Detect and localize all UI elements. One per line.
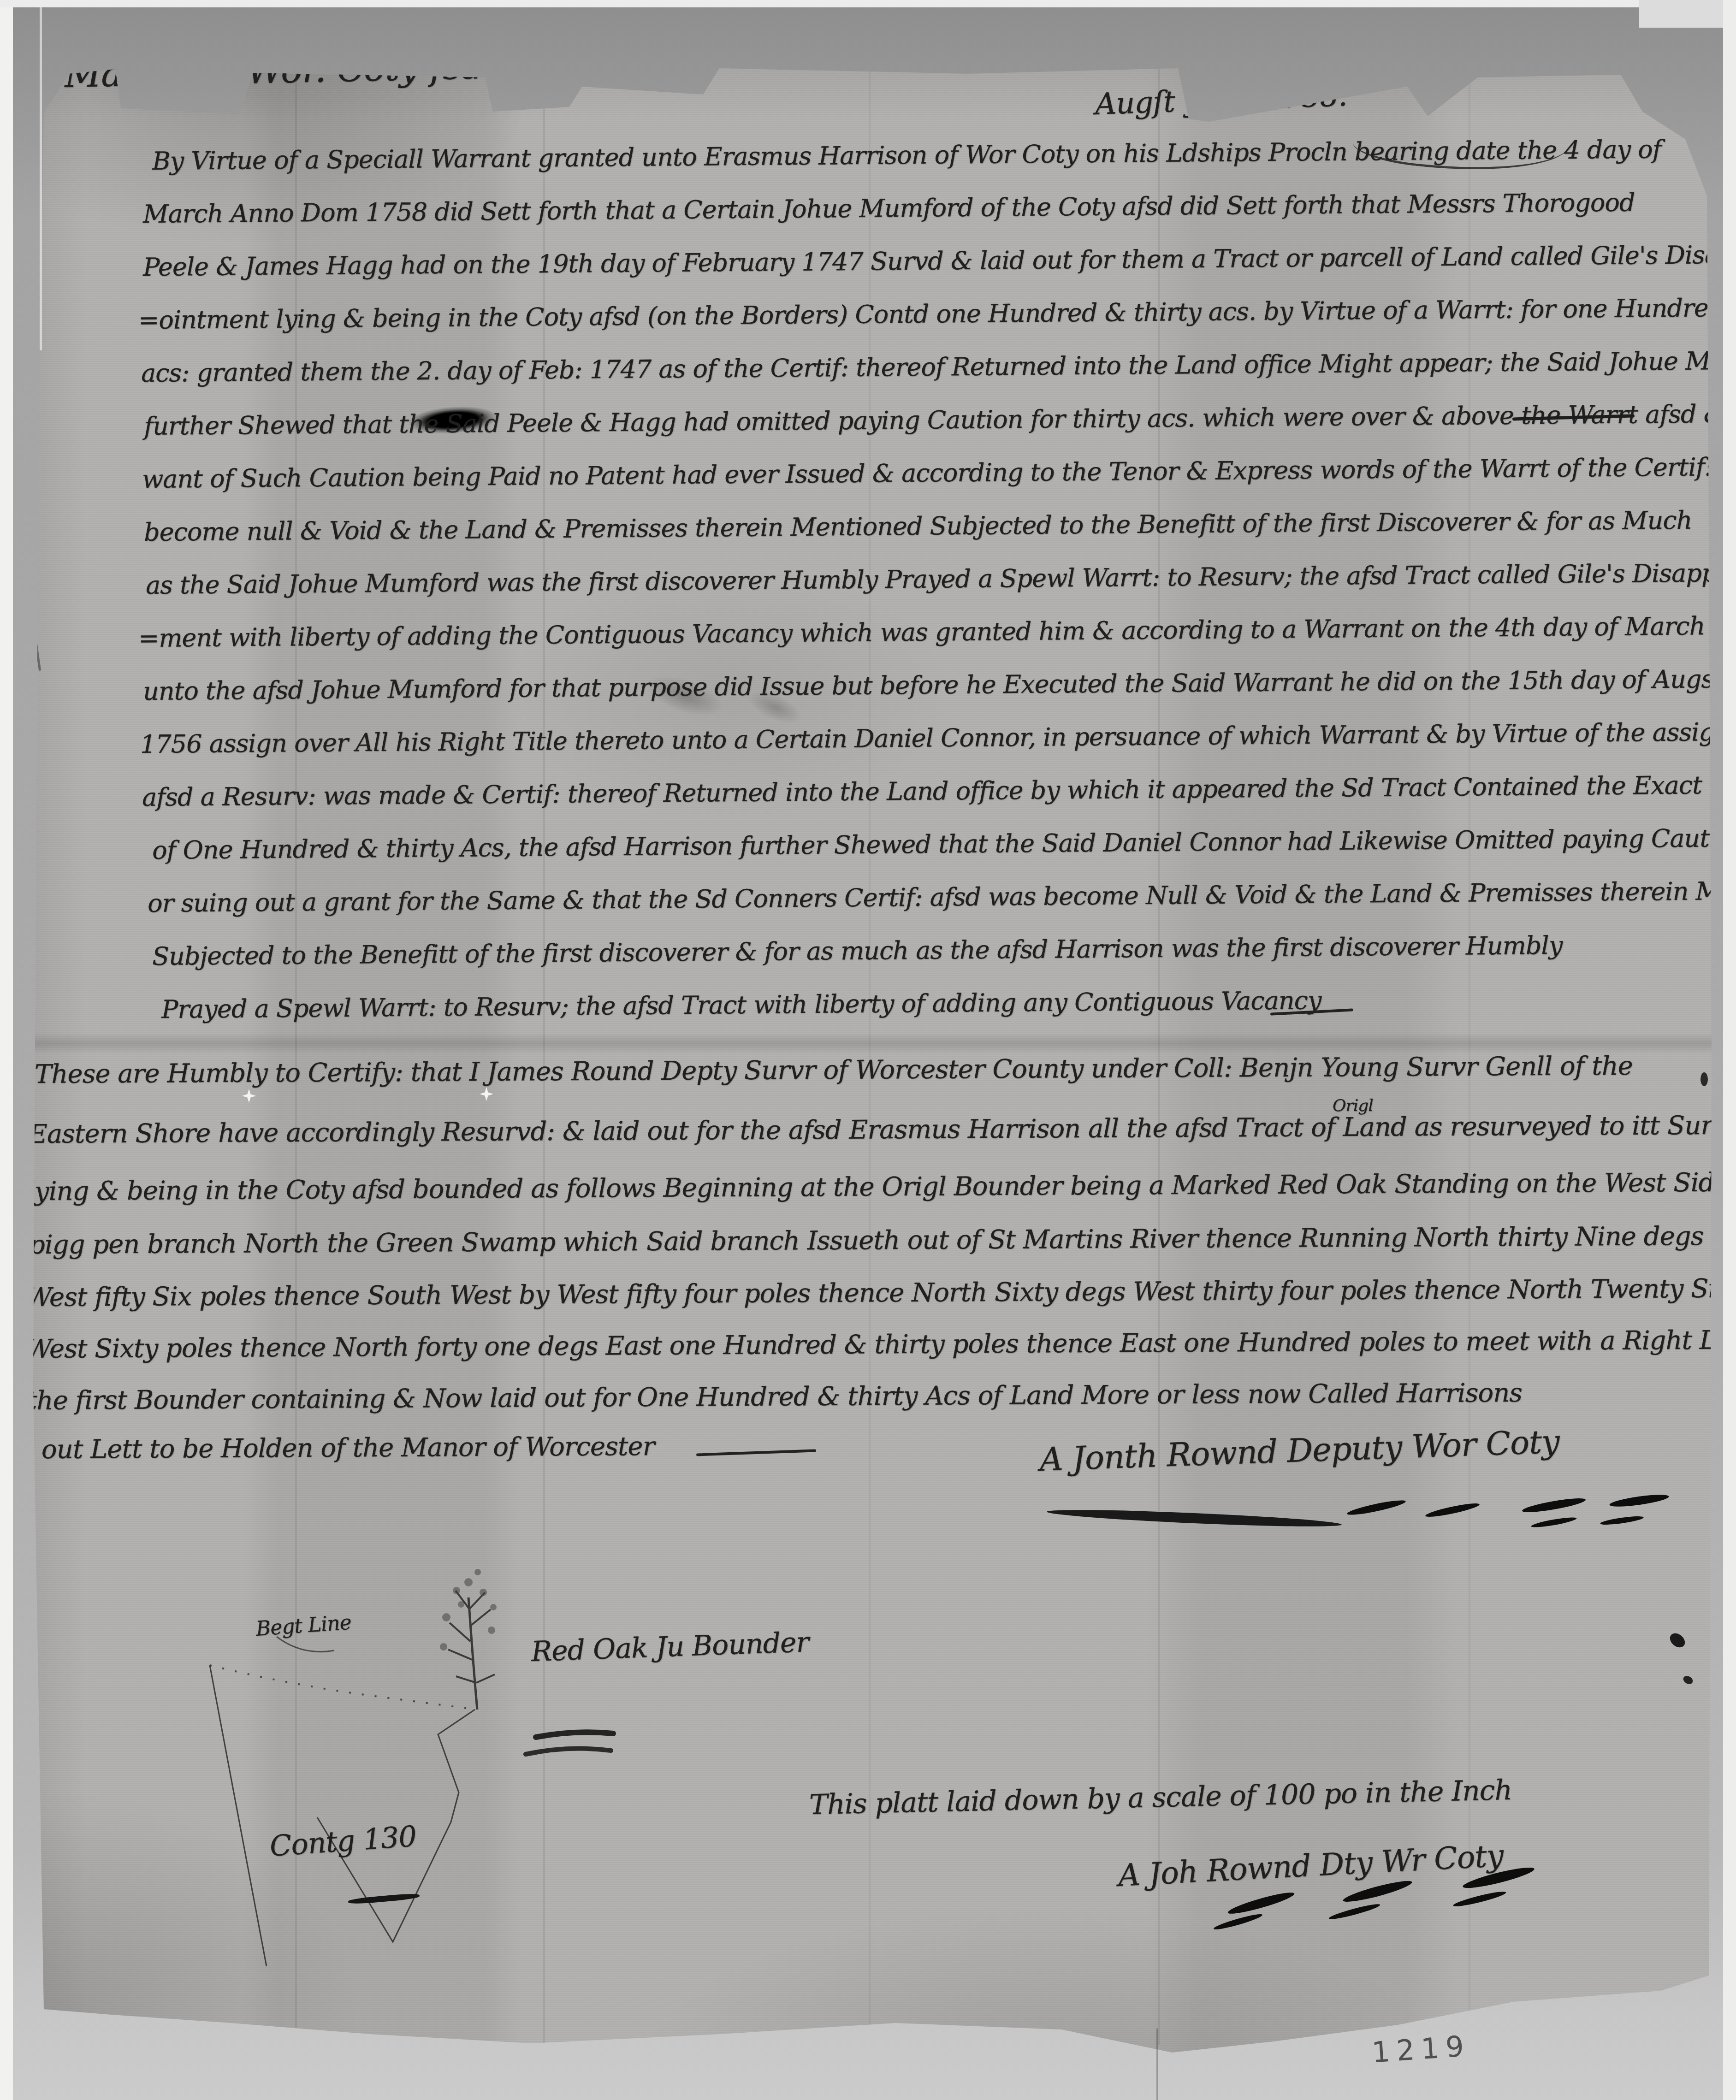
manuscript-line: =ment with liberty of adding the Contigu… — [138, 611, 1736, 653]
manuscript-line: want of Such Caution being Paid no Paten… — [142, 451, 1736, 494]
county-heading: Maryland Wor. Coty ſsd — [64, 46, 484, 96]
signature-flourish — [1600, 1514, 1644, 1526]
manuscript-line: 1756 assign over All his Right Title the… — [140, 717, 1736, 759]
scan-edge-line — [40, 0, 42, 350]
crease-on-mat — [1156, 2029, 1158, 2100]
signature-flourish — [1531, 1515, 1577, 1529]
manuscript-line: Peele & James Hagg had on the 19th day o… — [143, 240, 1736, 282]
fold-crease-horizontal — [0, 1033, 1736, 1054]
date-line: Augſt yr. 5: 1758. — [1095, 79, 1348, 122]
insertion-note: Origl — [1333, 1096, 1373, 1115]
paragraph-end-dash — [696, 1449, 816, 1456]
surveyor-signature-secondary: A Joh Rownd Dty Wr Coty — [1117, 1838, 1504, 1893]
signature-flourish — [1425, 1501, 1480, 1520]
signature-flourish — [1342, 1877, 1413, 1905]
label-squiggle — [277, 1637, 334, 1652]
scan-edge-top — [0, 0, 1736, 7]
plat-sketch — [138, 1544, 830, 2098]
bounder-underline-flourish — [526, 1749, 611, 1755]
manuscript-line: West Sixty poles thence North forty one … — [25, 1325, 1736, 1364]
manuscript-line: =ointment lying & being in the Coty afsd… — [138, 293, 1724, 335]
manuscript-line: By Virtue of a Speciall Warrant granted … — [152, 135, 1661, 176]
paper-sheet: Maryland Wor. Coty ſsd th Augſt yr. 5: 1… — [0, 0, 1736, 2100]
scan-corner-top-right — [1639, 0, 1723, 28]
signature-flourish — [1452, 1889, 1507, 1909]
signature-flourish — [1609, 1492, 1669, 1509]
manuscript-line: Subjected to the Benefitt of the first d… — [152, 931, 1563, 971]
margin-mark — [20, 649, 30, 682]
manuscript-line: become null & Void & the Land & Premisse… — [144, 506, 1692, 547]
date-superscript: th — [1179, 54, 1198, 78]
scan-edge-right — [1723, 0, 1736, 2100]
survey-line — [210, 1665, 267, 1966]
manuscript-line: unto the afsd Johue Mumford for that pur… — [143, 664, 1723, 706]
signature-flourish — [1047, 1507, 1342, 1530]
manuscript-line: These are Humbly to Certify: that I Jame… — [35, 1051, 1633, 1089]
scan-edge-left — [0, 0, 13, 2100]
signature-flourish — [1346, 1498, 1406, 1518]
fold-hole — [242, 1089, 256, 1103]
margin-mark — [35, 643, 41, 671]
manuscript-line: afsd a Resurv: was made & Certif: thereo… — [142, 770, 1736, 812]
signature-flourish — [1226, 1889, 1296, 1917]
signature-flourish — [1328, 1902, 1381, 1921]
manuscript-line: further Shewed that the Said Peele & Hag… — [144, 399, 1736, 441]
manuscript-line: out Lett to be Holden of the Manor of Wo… — [41, 1432, 655, 1465]
manuscript-line: of One Hundred & thirty Acs, the afsd Ha… — [152, 823, 1736, 865]
manuscript-line: or suing out a grant for the Same & that… — [148, 875, 1736, 918]
margin-mark — [17, 1189, 23, 1213]
fold-hole — [480, 1087, 493, 1101]
ink-spot — [1700, 1072, 1708, 1086]
folio-number: 1219 — [1371, 2029, 1471, 2070]
manuscript-line: Prayed a Spewl Warrt: to Resurv; the afs… — [161, 986, 1321, 1024]
survey-dotted-line — [210, 1665, 477, 1710]
manuscript-line: acs: granted them the 2. day of Feb: 174… — [141, 346, 1736, 388]
ink-spot — [1667, 1630, 1688, 1650]
manuscript-line: pigg pen branch North the Green Swamp wh… — [29, 1221, 1704, 1260]
ink-spot — [1682, 1674, 1694, 1686]
bounder-underline-flourish — [536, 1732, 613, 1737]
signature-flourish — [1522, 1496, 1587, 1515]
scale-note: This platt laid down by a scale of 100 p… — [809, 1774, 1512, 1821]
manuscript-line: West fifty Six poles thence South West b… — [25, 1273, 1736, 1313]
manuscript-line: Eastern Shore have accordingly Resurvd: … — [29, 1109, 1736, 1149]
surveyor-signature: A Jonth Rownd Deputy Wor Coty — [1039, 1423, 1560, 1479]
manuscript-line: the first Bounder containing & Now laid … — [27, 1378, 1522, 1416]
manuscript-line: March Anno Dom 1758 did Sett forth that … — [143, 188, 1635, 229]
manuscript-line: lying & being in the Coty afsd bounded a… — [27, 1167, 1736, 1207]
scanned-manuscript-page: Maryland Wor. Coty ſsd th Augſt yr. 5: 1… — [0, 0, 1736, 2100]
manuscript-line: as the Said Johue Mumford was the first … — [146, 558, 1736, 600]
signature-flourish — [1213, 1912, 1263, 1932]
tree-icon — [468, 1597, 477, 1710]
